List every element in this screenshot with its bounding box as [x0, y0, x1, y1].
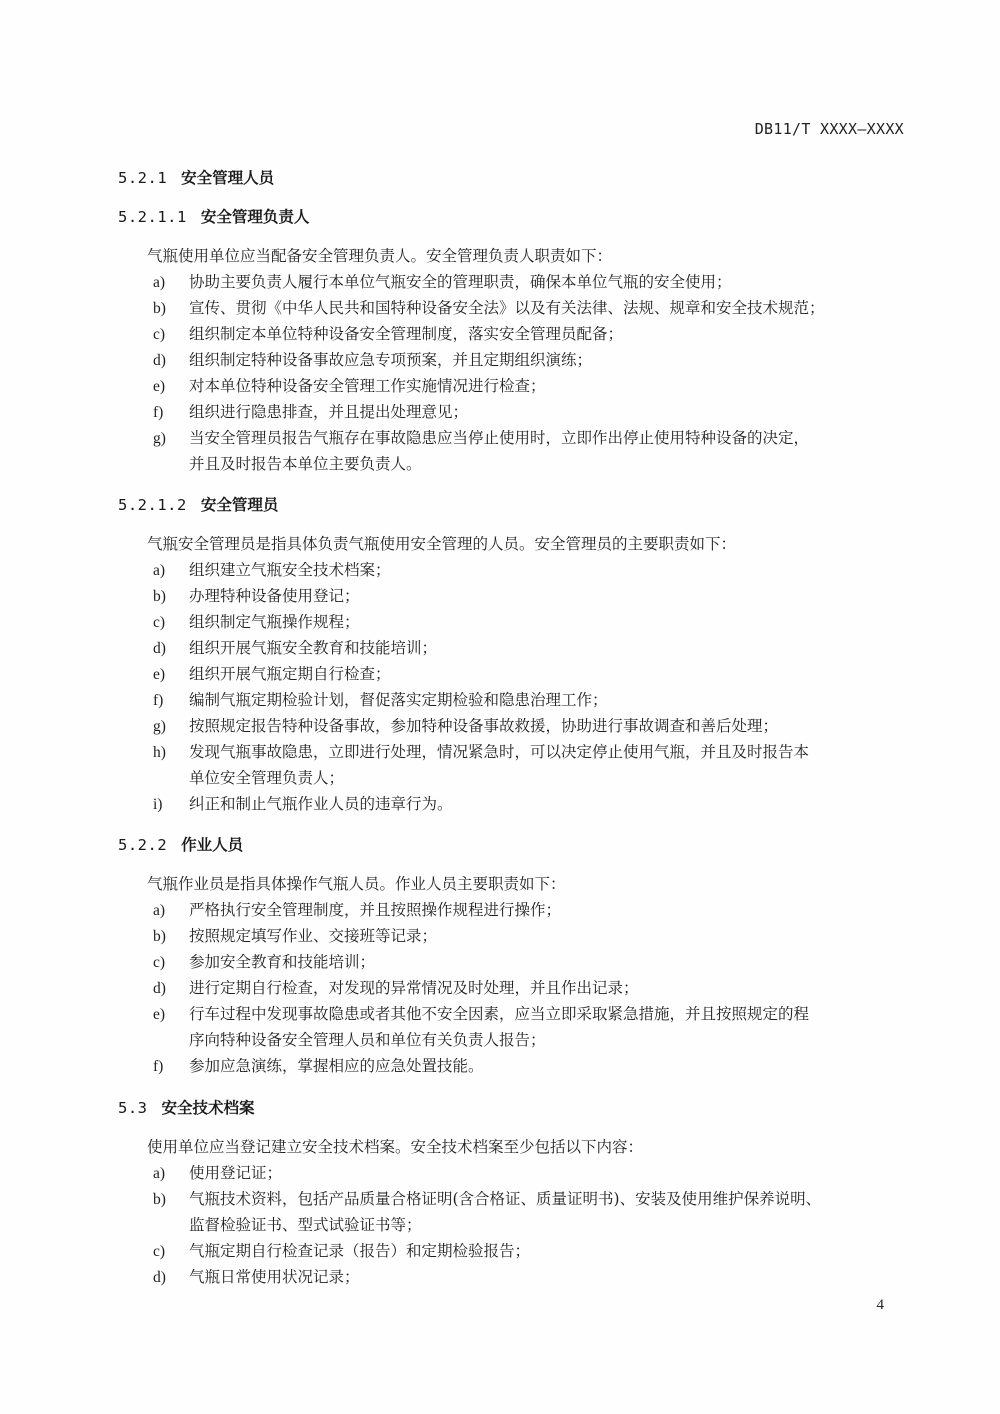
item-label: d) [153, 980, 189, 998]
item-label: a) [153, 1165, 189, 1183]
item-text: 发现气瓶事故隐患，立即进行处理，情况紧急时，可以决定停止使用气瓶，并且及时报告本 [189, 743, 809, 761]
item-text: 对本单位特种设备安全管理工作实施情况进行检查； [189, 377, 546, 395]
list-item: g)按照规定报告特种设备事故，参加特种设备事故救援，协助进行事故调查和善后处理； [153, 714, 778, 736]
list-item: h)发现气瓶事故隐患，立即进行处理，情况紧急时，可以决定停止使用气瓶，并且及时报… [153, 740, 809, 762]
item-label: c) [153, 1243, 189, 1261]
item-label: e) [153, 1006, 189, 1024]
item-text: 当安全管理员报告气瓶存在事故隐患应当停止使用时，立即作出停止使用特种设备的决定， [189, 429, 809, 447]
section-number: 5.2.1.1 [118, 208, 187, 226]
item-text: 组织开展气瓶定期自行检查； [189, 665, 391, 683]
item-text: 办理特种设备使用登记； [189, 587, 360, 605]
item-text: 组织制定气瓶操作规程； [189, 613, 360, 631]
item-label: i) [153, 796, 189, 814]
list-item: g)当安全管理员报告气瓶存在事故隐患应当停止使用时，立即作出停止使用特种设备的决… [153, 426, 809, 448]
section-intro: 气瓶使用单位应当配备安全管理负责人。安全管理负责人职责如下： [147, 244, 612, 266]
list-item: c)组织制定气瓶操作规程； [153, 610, 360, 632]
item-text: 行车过程中发现事故隐患或者其他不安全因素，应当立即采取紧急措施，并且按照规定的程 [189, 1005, 809, 1023]
document-page: DB11/T XXXX—XXXX 5.2.1安全管理人员 5.2.1.1安全管理… [0, 0, 1000, 1414]
page-number: 4 [877, 1297, 885, 1314]
list-item: a)严格执行安全管理制度，并且按照操作规程进行操作； [153, 898, 561, 920]
item-text: 严格执行安全管理制度，并且按照操作规程进行操作； [189, 901, 561, 919]
item-text: 进行定期自行检查，对发现的异常情况及时处理，并且作出记录； [189, 979, 639, 997]
item-label: b) [153, 588, 189, 606]
item-label: b) [153, 300, 189, 318]
section-title: 安全技术档案 [162, 1099, 255, 1117]
list-item: b)办理特种设备使用登记； [153, 584, 360, 606]
list-item: a)协助主要负责人履行本单位气瓶安全的管理职责，确保本单位气瓶的安全使用； [153, 270, 732, 292]
item-label: g) [153, 430, 189, 448]
section-intro: 气瓶作业员是指具体操作气瓶人员。作业人员主要职责如下： [147, 872, 566, 894]
item-text: 组织建立气瓶安全技术档案； [189, 561, 391, 579]
item-label: d) [153, 352, 189, 370]
list-item: f)编制气瓶定期检验计划，督促落实定期检验和隐患治理工作； [153, 688, 608, 710]
item-label: b) [153, 928, 189, 946]
item-label: c) [153, 614, 189, 632]
item-text: 编制气瓶定期检验计划，督促落实定期检验和隐患治理工作； [189, 691, 608, 709]
item-text: 气瓶技术资料，包括产品质量合格证明(含合格证、质量证明书)、安装及使用维护保养说… [189, 1190, 821, 1208]
section-heading-5-2-1-1: 5.2.1.1安全管理负责人 [118, 205, 309, 227]
item-label: a) [153, 902, 189, 920]
item-text: 参加应急演练，掌握相应的应急处置技能。 [189, 1057, 484, 1075]
item-label: f) [153, 404, 189, 422]
section-intro: 使用单位应当登记建立安全技术档案。安全技术档案至少包括以下内容： [147, 1135, 643, 1157]
item-label: f) [153, 692, 189, 710]
item-text: 气瓶定期自行检查记录（报告）和定期检验报告； [189, 1242, 530, 1260]
list-item: b)气瓶技术资料，包括产品质量合格证明(含合格证、质量证明书)、安装及使用维护保… [153, 1187, 821, 1209]
list-item: b)按照规定填写作业、交接班等记录； [153, 924, 437, 946]
item-text: 协助主要负责人履行本单位气瓶安全的管理职责，确保本单位气瓶的安全使用； [189, 273, 732, 291]
item-text: 组织开展气瓶安全教育和技能培训； [189, 639, 437, 657]
list-item: f)参加应急演练，掌握相应的应急处置技能。 [153, 1054, 484, 1076]
section-heading-5-2-1: 5.2.1安全管理人员 [118, 166, 274, 188]
list-item: i)纠正和制止气瓶作业人员的违章行为。 [153, 792, 453, 814]
list-item: d)组织开展气瓶安全教育和技能培训； [153, 636, 437, 658]
item-label: f) [153, 1058, 189, 1076]
item-text: 组织进行隐患排查，并且提出处理意见； [189, 403, 468, 421]
list-item: d)进行定期自行检查，对发现的异常情况及时处理，并且作出记录； [153, 976, 639, 998]
list-item: e)对本单位特种设备安全管理工作实施情况进行检查； [153, 374, 546, 396]
list-item: e)行车过程中发现事故隐患或者其他不安全因素，应当立即采取紧急措施，并且按照规定… [153, 1002, 809, 1024]
section-title: 作业人员 [181, 836, 243, 854]
item-text: 按照规定填写作业、交接班等记录； [189, 927, 437, 945]
list-item: c)参加安全教育和技能培训； [153, 950, 375, 972]
section-heading-5-3: 5.3安全技术档案 [118, 1096, 255, 1118]
item-text: 纠正和制止气瓶作业人员的违章行为。 [189, 795, 453, 813]
document-code: DB11/T XXXX—XXXX [755, 120, 904, 138]
item-label: c) [153, 326, 189, 344]
section-title: 安全管理负责人 [201, 208, 310, 226]
item-label: d) [153, 1269, 189, 1287]
item-label: d) [153, 640, 189, 658]
item-label: h) [153, 744, 189, 762]
list-item: e)组织开展气瓶定期自行检查； [153, 662, 391, 684]
section-title: 安全管理员 [201, 496, 279, 514]
list-item: d)组织制定特种设备事故应急专项预案，并且定期组织演练； [153, 348, 592, 370]
section-heading-5-2-1-2: 5.2.1.2安全管理员 [118, 493, 278, 515]
item-text: 使用登记证； [189, 1164, 282, 1182]
item-label: g) [153, 718, 189, 736]
item-text: 参加安全教育和技能培训； [189, 953, 375, 971]
list-item: c)气瓶定期自行检查记录（报告）和定期检验报告； [153, 1239, 530, 1261]
item-label: a) [153, 274, 189, 292]
item-label: b) [153, 1191, 189, 1209]
section-title: 安全管理人员 [181, 169, 274, 187]
item-label: a) [153, 562, 189, 580]
section-number: 5.3 [118, 1099, 148, 1117]
list-item: d)气瓶日常使用状况记录； [153, 1265, 360, 1287]
item-text: 组织制定特种设备事故应急专项预案，并且定期组织演练； [189, 351, 592, 369]
list-item: b)宣传、贯彻《中华人民共和国特种设备安全法》以及有关法律、法规、规章和安全技术… [153, 296, 825, 318]
item-label: e) [153, 666, 189, 684]
item-label: e) [153, 378, 189, 396]
item-label: c) [153, 954, 189, 972]
item-continuation: 并且及时报告本单位主要负责人。 [189, 452, 422, 474]
list-item: a)组织建立气瓶安全技术档案； [153, 558, 391, 580]
list-item: f)组织进行隐患排查，并且提出处理意见； [153, 400, 468, 422]
section-number: 5.2.2 [118, 836, 167, 854]
section-intro: 气瓶安全管理员是指具体负责气瓶使用安全管理的人员。安全管理员的主要职责如下： [147, 532, 736, 554]
item-continuation: 监督检验证书、型式试验证书等； [189, 1213, 422, 1235]
section-number: 5.2.1 [118, 169, 167, 187]
section-number: 5.2.1.2 [118, 496, 187, 514]
section-heading-5-2-2: 5.2.2作业人员 [118, 833, 243, 855]
item-text: 按照规定报告特种设备事故，参加特种设备事故救援，协助进行事故调查和善后处理； [189, 717, 778, 735]
item-text: 气瓶日常使用状况记录； [189, 1268, 360, 1286]
item-text: 宣传、贯彻《中华人民共和国特种设备安全法》以及有关法律、法规、规章和安全技术规范… [189, 299, 825, 317]
item-continuation: 单位安全管理负责人； [189, 766, 344, 788]
list-item: a)使用登记证； [153, 1161, 282, 1183]
item-text: 组织制定本单位特种设备安全管理制度，落实安全管理员配备； [189, 325, 623, 343]
list-item: c)组织制定本单位特种设备安全管理制度，落实安全管理员配备； [153, 322, 623, 344]
item-continuation: 序向特种设备安全管理人员和单位有关负责人报告； [189, 1028, 546, 1050]
